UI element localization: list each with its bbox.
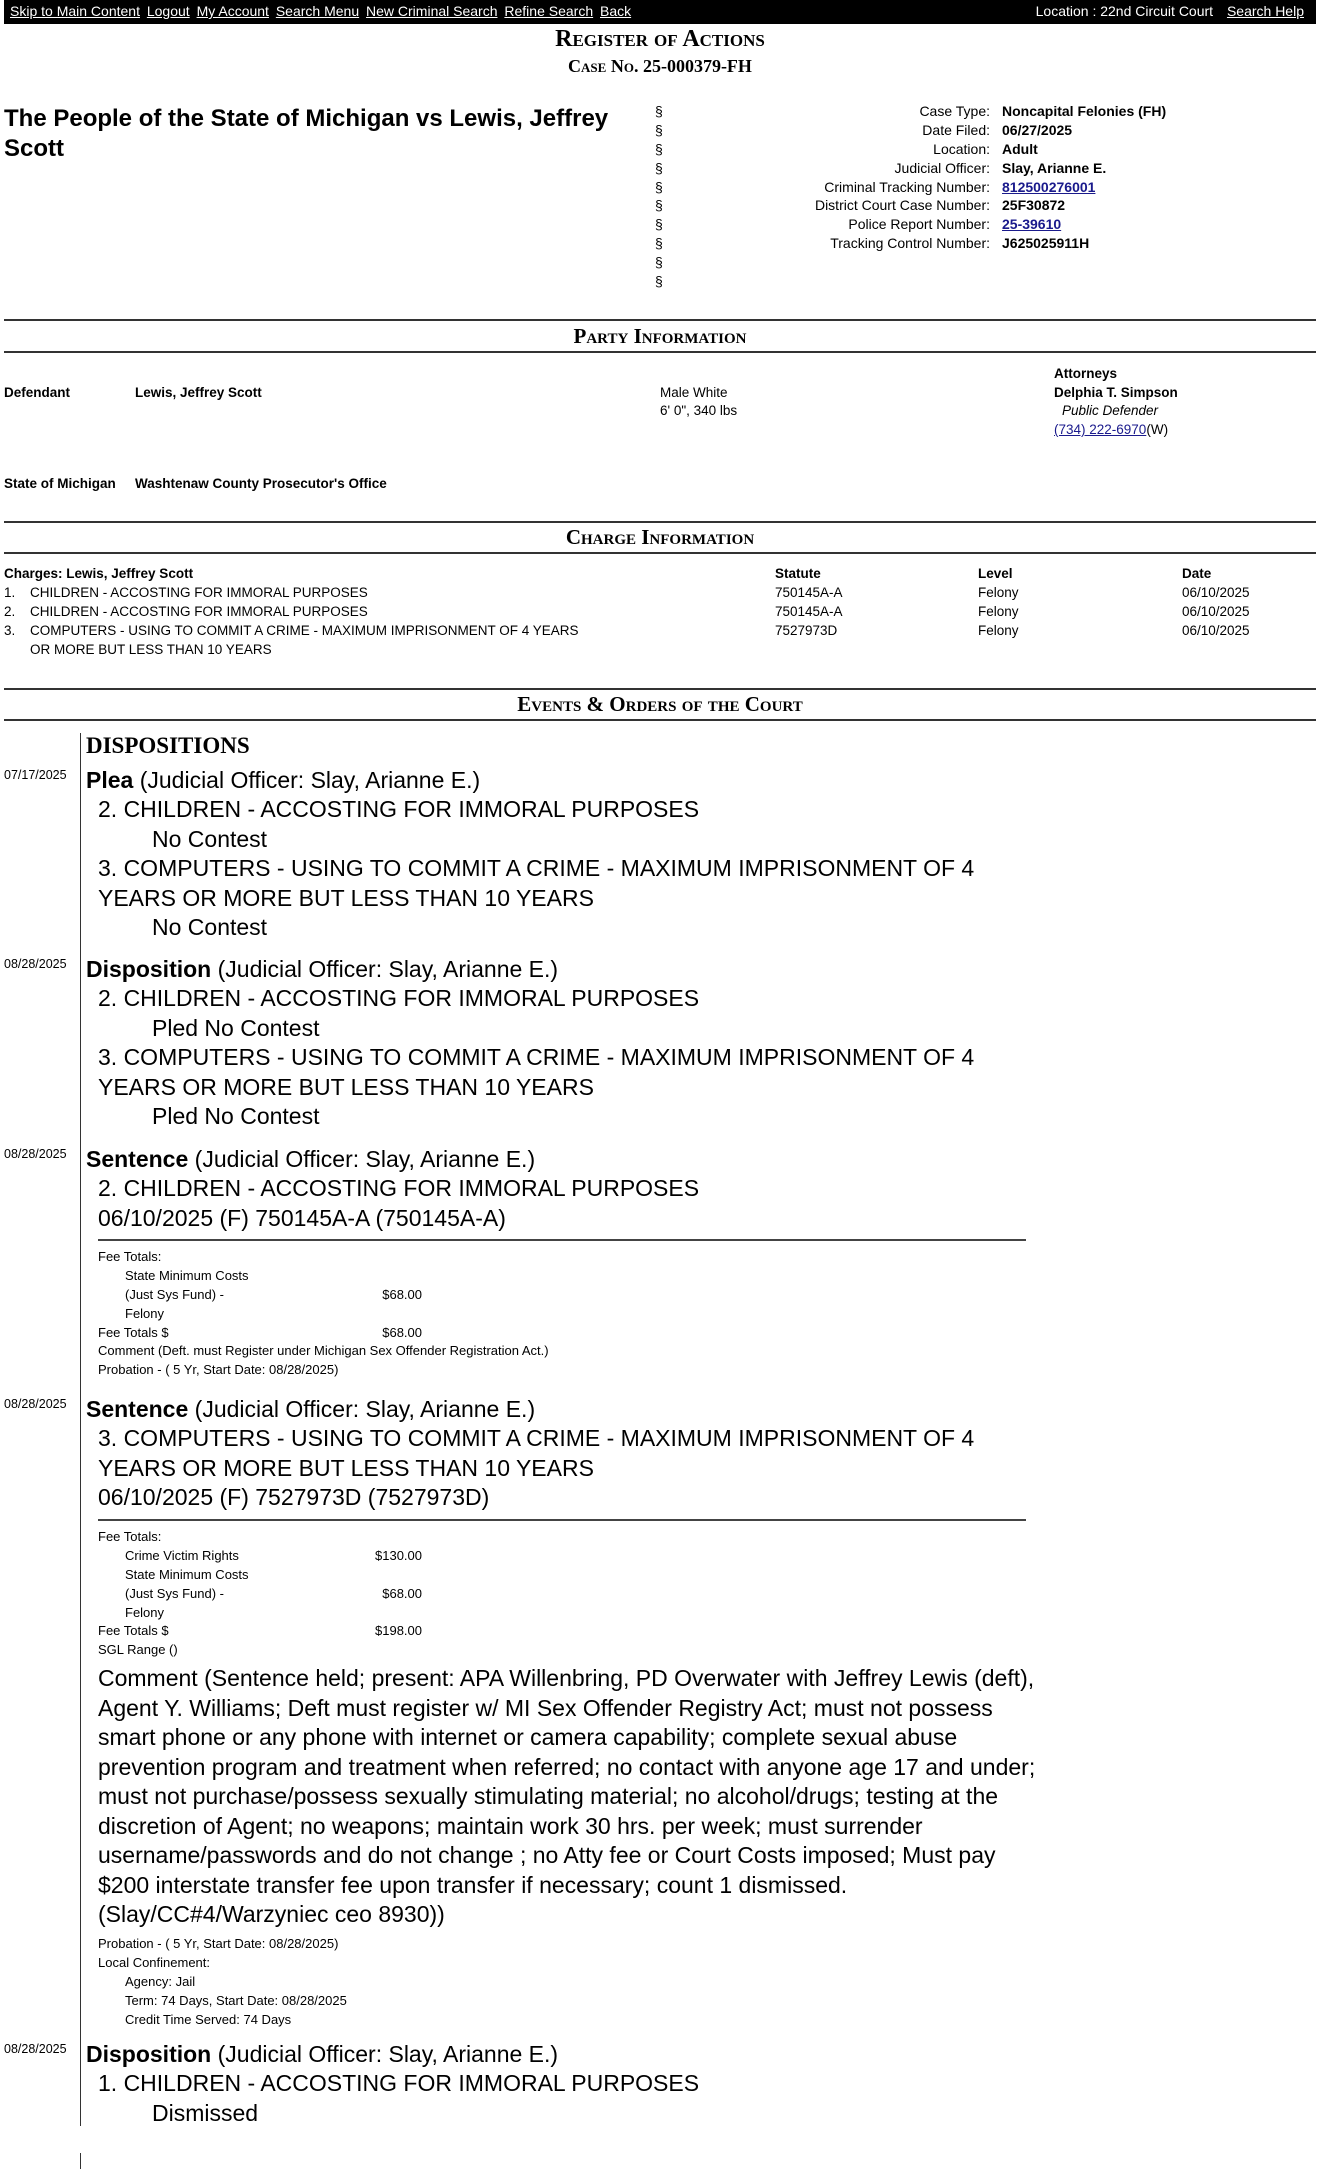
fee-total-label: Fee Totals $ [98,1622,315,1641]
judicial-officer-value: Slay, Arianne E. [1002,159,1106,178]
attorney-phone-row: (734) 222-6970(W) [1054,421,1168,440]
confinement-block: Probation - ( 5 Yr, Start Date: 08/28/20… [98,1935,1033,2029]
event-charge-line: 2. CHILDREN - ACCOSTING FOR IMMORAL PURP… [98,984,1033,1014]
criminal-tracking-link[interactable]: 812500276001 [1002,179,1095,195]
charge-statute: 7527973D [775,621,837,640]
event-date: 08/28/2025 [4,1397,67,1411]
event-type: Disposition [86,2041,211,2067]
charge-row: 1. CHILDREN - ACCOSTING FOR IMMORAL PURP… [4,583,1316,602]
charge-desc: CHILDREN - ACCOSTING FOR IMMORAL PURPOSE… [30,583,590,602]
event-charge-line: 2. CHILDREN - ACCOSTING FOR IMMORAL PURP… [98,795,1033,825]
defendant-demographics: Male White [660,384,728,403]
dispositions-title: DISPOSITIONS [86,733,250,759]
fee-total: $68.00 [315,1324,422,1343]
events-divider-line [80,2153,81,2169]
refine-search-link[interactable]: Refine Search [504,3,593,19]
fee-block: Fee Totals: Crime Victim Rights$130.00 S… [98,1528,1033,1660]
fee-label: Felony [98,1604,315,1623]
fee-label: Crime Victim Rights [98,1547,315,1566]
case-type-label: Case Type: [700,102,1002,121]
police-report-link[interactable]: 25-39610 [1002,216,1061,232]
event-outcome: Pled No Contest [98,1014,1033,1044]
statute-header: Statute [775,564,821,583]
fee-block: Fee Totals: State Minimum Costs (Just Sy… [98,1248,1033,1380]
charge-level: Felony [978,583,1019,602]
district-court-case-value: 25F30872 [1002,196,1065,215]
event-judicial-officer: (Judicial Officer: Slay, Arianne E.) [195,1396,535,1422]
fee-label: State Minimum Costs [98,1267,315,1286]
charge-desc: CHILDREN - ACCOSTING FOR IMMORAL PURPOSE… [30,602,590,621]
date-filed-label: Date Filed: [700,121,1002,140]
sgl-range: SGL Range () [98,1641,178,1660]
charge-row: 3. COMPUTERS - USING TO COMMIT A CRIME -… [4,621,1316,659]
section-icon: § [655,102,663,121]
charge-num: 3. [4,621,15,640]
event-judicial-officer: (Judicial Officer: Slay, Arianne E.) [140,767,480,793]
location-label: Location: [700,140,1002,159]
event-charge-detail: 06/10/2025 (F) 7527973D (7527973D) [98,1483,1033,1513]
event-outcome: No Contest [98,825,1033,855]
tracking-control-label: Tracking Control Number: [700,234,1002,253]
event-date: 07/17/2025 [4,768,67,782]
section-icon: § [655,234,663,253]
my-account-link[interactable]: My Account [197,3,269,19]
charge-num: 1. [4,583,15,602]
fee-amount [315,1267,422,1286]
section-icon: § [655,215,663,234]
event-charge-line: 3. COMPUTERS - USING TO COMMIT A CRIME -… [98,854,1033,884]
charge-info-heading: Charge Information [4,521,1316,554]
plaintiff-role: State of Michigan [4,475,116,494]
event-charge-line: 3. COMPUTERS - USING TO COMMIT A CRIME -… [98,1043,1033,1073]
fee-amount: $130.00 [315,1547,422,1566]
confinement-agency: Agency: Jail [98,1973,195,1992]
charges-table: Charges: Lewis, Jeffrey Scott Statute Le… [4,564,1316,659]
police-report-label: Police Report Number: [700,215,1002,234]
fee-amount [315,1566,422,1585]
level-header: Level [978,564,1013,583]
event-date: 08/28/2025 [4,1147,67,1161]
fee-label: Felony [98,1305,315,1324]
events-heading: Events & Orders of the Court [4,688,1316,721]
event-outcome: Dismissed [98,2099,1033,2129]
fee-amount: $68.00 [315,1585,422,1604]
case-number: Case No. 25-000379-FH [0,56,1320,77]
sentence-comment: Comment (Deft. must Register under Michi… [98,1342,549,1361]
charge-statute: 750145A-A [775,602,843,621]
section-icon: § [655,159,663,178]
event-judicial-officer: (Judicial Officer: Slay, Arianne E.) [218,2041,558,2067]
fee-total: $198.00 [315,1622,422,1641]
fee-amount [315,1604,422,1623]
section-icon: § [655,178,663,197]
divider [98,1519,1026,1521]
logout-link[interactable]: Logout [147,3,190,19]
fee-total-label: Fee Totals $ [98,1324,315,1343]
event-type: Sentence [86,1396,188,1422]
court-location: Location : 22nd Circuit Court [1036,3,1213,19]
attorneys-label: Attorneys [1054,365,1117,384]
section-icon: § [655,272,663,291]
attorney-phone-link[interactable]: (734) 222-6970 [1054,422,1146,437]
location-value: Adult [1002,140,1038,159]
attorney-title: Public Defender [1062,402,1158,421]
back-link[interactable]: Back [600,3,631,19]
confinement-label: Local Confinement: [98,1954,210,1973]
event-charge-line: YEARS OR MORE BUT LESS THAN 10 YEARS [98,884,1033,914]
section-symbols: § § § § § § § § § § [655,102,663,291]
divider [98,1239,1026,1241]
charge-date: 06/10/2025 [1182,602,1250,621]
event-type: Sentence [86,1146,188,1172]
section-icon: § [655,121,663,140]
district-court-case-label: District Court Case Number: [700,196,1002,215]
fee-label: State Minimum Costs [98,1566,315,1585]
charge-level: Felony [978,621,1019,640]
fee-amount [315,1305,422,1324]
attorney-name: Delphia T. Simpson [1054,384,1178,403]
section-icon: § [655,140,663,159]
charge-date: 06/10/2025 [1182,621,1250,640]
event-outcome: No Contest [98,913,1033,943]
fee-totals-label: Fee Totals: [98,1528,161,1547]
case-type-value: Noncapital Felonies (FH) [1002,102,1166,121]
event-charge-line: 2. CHILDREN - ACCOSTING FOR IMMORAL PURP… [98,1174,1033,1204]
charge-num: 2. [4,602,15,621]
event-judicial-officer: (Judicial Officer: Slay, Arianne E.) [218,956,558,982]
events-divider-line [80,733,81,2126]
search-help-link[interactable]: Search Help [1227,3,1304,19]
new-criminal-search-link[interactable]: New Criminal Search [366,3,497,19]
sentence-comment: Comment (Sentence held; present: APA Wil… [98,1664,1038,1930]
defendant-role: Defendant [4,384,70,403]
date-header: Date [1182,564,1211,583]
fee-label: (Just Sys Fund) - [98,1286,315,1305]
event-type: Plea [86,767,133,793]
charge-statute: 750145A-A [775,583,843,602]
case-info-table: Case Type:Noncapital Felonies (FH) Date … [700,102,1166,253]
probation-text: Probation - ( 5 Yr, Start Date: 08/28/20… [98,1935,338,1954]
section-icon: § [655,196,663,215]
attorney-phone-suffix: (W) [1146,422,1168,437]
event-charge-detail: 06/10/2025 (F) 750145A-A (750145A-A) [98,1204,1033,1234]
event-judicial-officer: (Judicial Officer: Slay, Arianne E.) [195,1146,535,1172]
party-info-heading: Party Information [4,319,1316,353]
confinement-term: Term: 74 Days, Start Date: 08/28/2025 [98,1992,347,2011]
plaintiff-name: Washtenaw County Prosecutor's Office [135,475,387,494]
fee-totals-label: Fee Totals: [98,1248,161,1267]
fee-amount: $68.00 [315,1286,422,1305]
fee-label: (Just Sys Fund) - [98,1585,315,1604]
event-charge-line: YEARS OR MORE BUT LESS THAN 10 YEARS [98,1073,1033,1103]
charge-row: 2. CHILDREN - ACCOSTING FOR IMMORAL PURP… [4,602,1316,621]
criminal-tracking-label: Criminal Tracking Number: [700,178,1002,197]
event-charge-line: 3. COMPUTERS - USING TO COMMIT A CRIME -… [98,1424,1033,1454]
probation-text: Probation - ( 5 Yr, Start Date: 08/28/20… [98,1361,338,1380]
case-style: The People of the State of Michigan vs L… [4,104,634,164]
event-date: 08/28/2025 [4,2042,67,2056]
event-charge-line: 1. CHILDREN - ACCOSTING FOR IMMORAL PURP… [98,2069,1033,2099]
skip-to-main-link[interactable]: Skip to Main Content [10,3,140,19]
nav-links: Skip to Main Content Logout My Account S… [10,0,634,22]
section-icon: § [655,253,663,272]
defendant-physical: 6' 0", 340 lbs [660,402,737,421]
charges-label: Charges: Lewis, Jeffrey Scott [4,564,193,583]
credit-time-served: Credit Time Served: 74 Days [98,2011,291,2030]
event-date: 08/28/2025 [4,957,67,971]
charge-date: 06/10/2025 [1182,583,1250,602]
event-charge-line: YEARS OR MORE BUT LESS THAN 10 YEARS [98,1454,1033,1484]
tracking-control-value: J625025911H [1002,234,1089,253]
charge-level: Felony [978,602,1019,621]
top-nav-bar: Skip to Main Content Logout My Account S… [4,0,1316,24]
event-type: Disposition [86,956,211,982]
charge-desc: COMPUTERS - USING TO COMMIT A CRIME - MA… [30,621,590,659]
page-title: Register of Actions [0,26,1320,53]
defendant-name: Lewis, Jeffrey Scott [135,384,262,403]
search-menu-link[interactable]: Search Menu [276,3,359,19]
judicial-officer-label: Judicial Officer: [700,159,1002,178]
date-filed-value: 06/27/2025 [1002,121,1072,140]
event-outcome: Pled No Contest [98,1102,1033,1132]
